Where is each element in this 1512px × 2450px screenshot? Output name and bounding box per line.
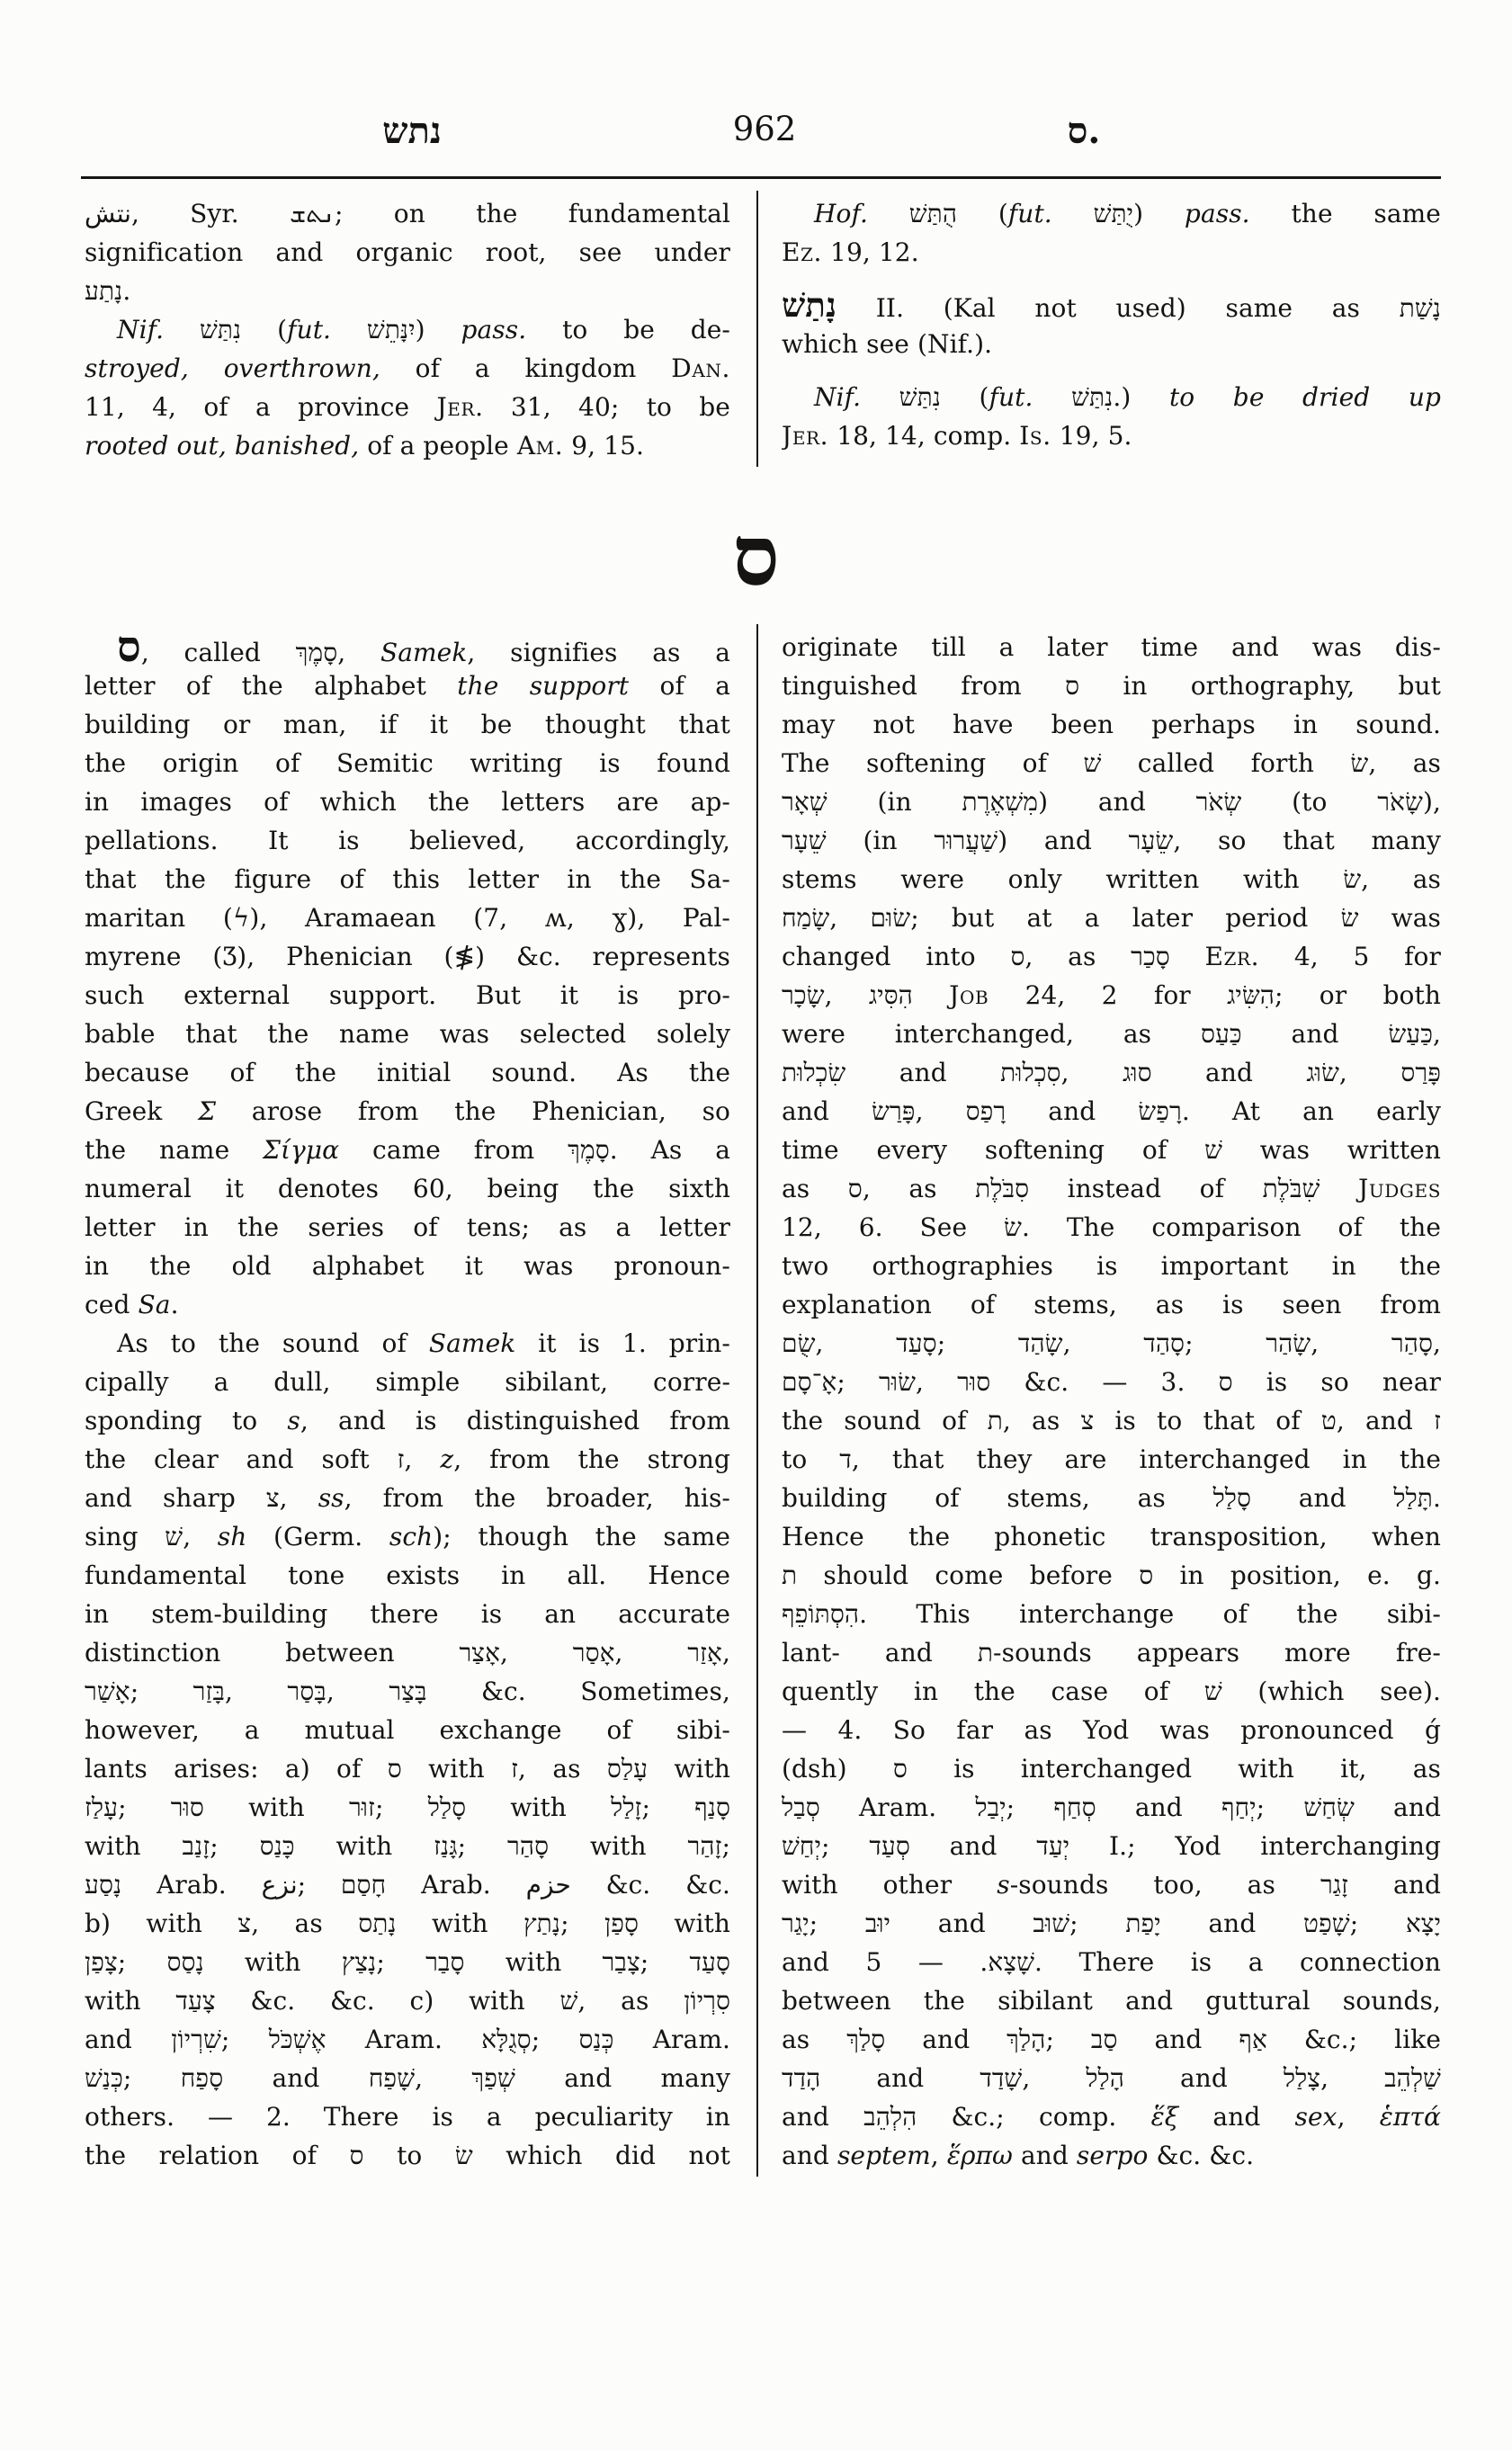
text-line: as סָלַךְ and הָלַךְ;‎ סַב and אַף &c.; … xyxy=(782,2020,1441,2059)
text-line: building or man, if it be thought that xyxy=(85,705,730,744)
text-line: myrene (Ʒ), Phenician (≸) &c. represents xyxy=(85,937,730,976)
text-line: numeral it denotes 60, being the sixth xyxy=(85,1169,730,1208)
text-line: and שָׁצָא. — 5. There is a connection xyxy=(782,1943,1441,1981)
text-line: שָׂמַח,‎ שׂוּם; but at a later period שׂ… xyxy=(782,899,1441,937)
text-line: אָשַׁר;‎ בָּזַר,‎ בָּסַר,‎ בָּצַר &c. So… xyxy=(85,1672,730,1711)
page-number: 962 xyxy=(733,110,797,148)
text-line: originate till a later time and was dis- xyxy=(782,628,1441,666)
text-line: Hof. הֻתַּשׁ (fut. יֻתַּשׁ) pass. the sa… xyxy=(782,194,1441,233)
top-left-column: نتش, Syr. ܢܬܫ; on the fundamentalsignifi… xyxy=(85,194,730,465)
text-line: הִסְתּוֹפֵף. This interchange of the sib… xyxy=(782,1595,1441,1633)
top-section: نتش, Syr. ܢܬܫ; on the fundamentalsignifi… xyxy=(85,194,1441,465)
text-line: שְׁאָר‎ (in מִשְׁאֶרֶת)‎ and שְׂאֹר‎ (to… xyxy=(782,782,1441,821)
text-line: with זָנַב;‎ כָּנַס with גָּנַז;‎ סָהַר … xyxy=(85,1827,730,1865)
text-line: Greek Σ arose from the Phenician, so xyxy=(85,1092,730,1131)
text-line: building of stems, as סָלַל and תָּלַל. xyxy=(782,1479,1441,1517)
text-line: in stem-building there is an accurate xyxy=(85,1595,730,1633)
text-line: Nif. נִתַּשׁ (fut. יִנָּתֵשׁ) pass. to b… xyxy=(85,310,730,349)
text-line: bable that the name was selected solely xyxy=(85,1015,730,1053)
text-line: שֻׂם,‎ סָעַד;‎ שָׂהַד,‎ סָהַד;‎ שָׂהַר,‎… xyxy=(782,1324,1441,1363)
text-line: Ez. 19, 12. xyxy=(782,233,1441,272)
text-line: tinguished from ס in orthography, but xyxy=(782,666,1441,705)
text-line: two orthographies is important in the xyxy=(782,1247,1441,1285)
text-line: stems were only written with שׂ, as xyxy=(782,860,1441,899)
text-line: distinction between אָצַר,‎ אָסַר,‎ אָזַ… xyxy=(85,1633,730,1672)
text-line: lant- and ת-sounds appears more fre- xyxy=(782,1633,1441,1672)
text-line: with other s-sounds too, as זָגַר and xyxy=(782,1865,1441,1904)
text-line: to ד, that they are interchanged in the xyxy=(782,1440,1441,1479)
text-line: which see (Nif.). xyxy=(782,325,1441,363)
text-line: and septem, ἕρπω and serpo &c. &c. xyxy=(782,2136,1441,2175)
text-line: quently in the case of שׁ (which see). xyxy=(782,1672,1441,1711)
text-line: יְחַשׁ;‎ סְעַד and יְעַד‎ I.; Yod interc… xyxy=(782,1827,1441,1865)
text-line: ת should come before ס in position, e. g… xyxy=(782,1556,1441,1595)
text-line: — 4. So far as Yod was pronounced ǵ xyxy=(782,1711,1441,1749)
text-line: (dsh) ס is interchanged with it, as xyxy=(782,1749,1441,1788)
text-line: Jer. 18, 14, comp. Is. 19, 5. xyxy=(782,416,1441,455)
right-catchword: ס. xyxy=(1068,110,1101,152)
text-line: the relation of ס to שׂ which did not xyxy=(85,2136,730,2175)
text-line: the sound of ת, as צ is to that of ט, an… xyxy=(782,1401,1441,1440)
text-line: נָתַע. xyxy=(85,272,730,310)
text-line: lants arises: a) of ס with ז, as עָלַס w… xyxy=(85,1749,730,1788)
text-line: עָלַז;‎ סוּר with זוּר;‎ סָלַל with זָלַ… xyxy=(85,1788,730,1827)
text-line: ced Sa. xyxy=(85,1285,730,1324)
text-line: sing שׁ, sh (Germ. sch); though the same xyxy=(85,1517,730,1556)
main-section: ס, called סָמֶךְ,‎ Samek, signifies as a… xyxy=(85,628,1441,2175)
text-line: maritan (ϟ), Aramaean (7, ʍ, ɣ), Pal- xyxy=(85,899,730,937)
text-line: ס, called סָמֶךְ,‎ Samek, signifies as a xyxy=(85,628,730,666)
section-divider-band: ס xyxy=(0,482,1512,630)
text-line: כְּנַשׁ;‎ סָפַח and שָׁפַח,‎ שְׁפַךְ and… xyxy=(85,2059,730,2097)
text-line: stroyed, overthrown, of a kingdom Dan. xyxy=(85,349,730,388)
text-line: the name Σίγμα came from סָמֶךְ. As a xyxy=(85,1131,730,1169)
text-line: 12, 6. See שׂ. The comparison of the xyxy=(782,1208,1441,1247)
text-line: שֵׁעָר‎ (in שַׁעֲרוּר)‎ and שֵׂעָר, so t… xyxy=(782,821,1441,860)
text-line: rooted out, banished, of a people Am. 9,… xyxy=(85,426,730,465)
text-line: were interchanged, as כַּעַס and כַּעַשׂ… xyxy=(782,1015,1441,1053)
left-catchword: נתש xyxy=(382,110,442,152)
text-line: time every softening of שׁ was written xyxy=(782,1131,1441,1169)
text-line: שָׂכָר,‎ הִסִּיג‎ Job 24, 2 for הִשִּׂיג… xyxy=(782,976,1441,1015)
text-line: because of the initial sound. As the xyxy=(85,1053,730,1092)
text-line: 11, 4, of a province Jer. 31, 40; to be xyxy=(85,388,730,426)
text-line: נָסַע‎ Arab. نزع;‎ חָסַם‎ Arab. حزم &c. … xyxy=(85,1865,730,1904)
text-line: نتش, Syr. ܢܬܫ; on the fundamental xyxy=(85,194,730,233)
text-line: נָתַשׁ II. (Kal not used) same as נָשַׁת xyxy=(782,286,1441,325)
column-divider-rule xyxy=(730,194,782,465)
text-line: in images of which the letters are ap- xyxy=(85,782,730,821)
text-line: צָפַן;‎ נָסַס with נָצַץ;‎ סָבַר with צָ… xyxy=(85,1943,730,1981)
header-rule xyxy=(81,176,1441,179)
section-letter-samek: ס xyxy=(732,482,779,630)
main-right-column: originate till a later time and was dis-… xyxy=(782,628,1441,2175)
top-right-column: Hof. הֻתַּשׁ (fut. יֻתַּשׁ) pass. the sa… xyxy=(782,194,1441,465)
text-line: b) with צ, as נָתַס with נָתַץ;‎ סָפַן w… xyxy=(85,1904,730,1943)
column-divider-rule xyxy=(730,628,782,2175)
text-line: as ס, as סִבֹּלֶת instead of שִׁבֹּלֶת J… xyxy=(782,1169,1441,1208)
text-line: explanation of stems, as is seen from xyxy=(782,1285,1441,1324)
text-line: with צָעַד &c. &c. c) with שׁ, as סִרְיו… xyxy=(85,1981,730,2020)
text-line: Hence the phonetic transposition, when xyxy=(782,1517,1441,1556)
text-line: in the old alphabet it was pronoun- xyxy=(85,1247,730,1285)
main-left-column: ס, called סָמֶךְ,‎ Samek, signifies as a… xyxy=(85,628,730,2175)
text-line: the origin of Semitic writing is found xyxy=(85,744,730,782)
text-line: may not have been perhaps in sound. xyxy=(782,705,1441,744)
text-line: such external support. But it is pro- xyxy=(85,976,730,1015)
text-line: and פָּרַשׂ,‎ רָפַס and רָפַשׂ. At an ea… xyxy=(782,1092,1441,1131)
text-line: אָ־סָם;‎ שׂוּר,‎ סוּר &c. — 3. ס is so n… xyxy=(782,1363,1441,1401)
text-line: sponding to s, and is distinguished from xyxy=(85,1401,730,1440)
text-line: signification and organic root, see unde… xyxy=(85,233,730,272)
text-line: שִׂכְלוּת and סִכְלוּת,‎ סוּג and שׂוּג,… xyxy=(782,1053,1441,1092)
text-line: pellations. It is believed, accordingly, xyxy=(85,821,730,860)
text-line: fundamental tone exists in all. Hence xyxy=(85,1556,730,1595)
text-line: יָגַר;‎ יוּב and שׁוּב;‎ יָפַת and שָׁפַ… xyxy=(782,1904,1441,1943)
text-line: Nif. נִתַּשׁ (fut. נִתַּשׁ.) to be dried… xyxy=(782,378,1441,416)
text-line: and הִלְהֵב &c.; comp. ἕξ and sex, ἑπτά xyxy=(782,2097,1441,2136)
text-line: however, a mutual exchange of sibi- xyxy=(85,1711,730,1749)
text-line: סְבַל‎ Aram. יְבַל;‎ סְחַף and יְחַף;‎ ש… xyxy=(782,1788,1441,1827)
text-line: changed into ס, as סָכַר‎ Ezr. 4, 5 for xyxy=(782,937,1441,976)
text-line: that the figure of this letter in the Sa… xyxy=(85,860,730,899)
text-line: and שִׁרְיוֹן;‎ אֶשְׁכֹּל‎ Aram. סְגֻלָּ… xyxy=(85,2020,730,2059)
text-line: הָדַד and שָׁדַד,‎ הָלַל and צָלַל,‎ שַׁ… xyxy=(782,2059,1441,2097)
text-line: others. — 2. There is a peculiarity in xyxy=(85,2097,730,2136)
text-line: cipally a dull, simple sibilant, corre- xyxy=(85,1363,730,1401)
text-line: letter in the series of tens; as a lette… xyxy=(85,1208,730,1247)
text-line: between the sibilant and guttural sounds… xyxy=(782,1981,1441,2020)
text-line: the clear and soft ז, z, from the strong xyxy=(85,1440,730,1479)
text-line: As to the sound of Samek it is 1. prin- xyxy=(85,1324,730,1363)
text-line: The softening of שׁ called forth שׂ, as xyxy=(782,744,1441,782)
text-line: and sharp צ, ss, from the broader, his- xyxy=(85,1479,730,1517)
text-line: letter of the alphabet the support of a xyxy=(85,666,730,705)
